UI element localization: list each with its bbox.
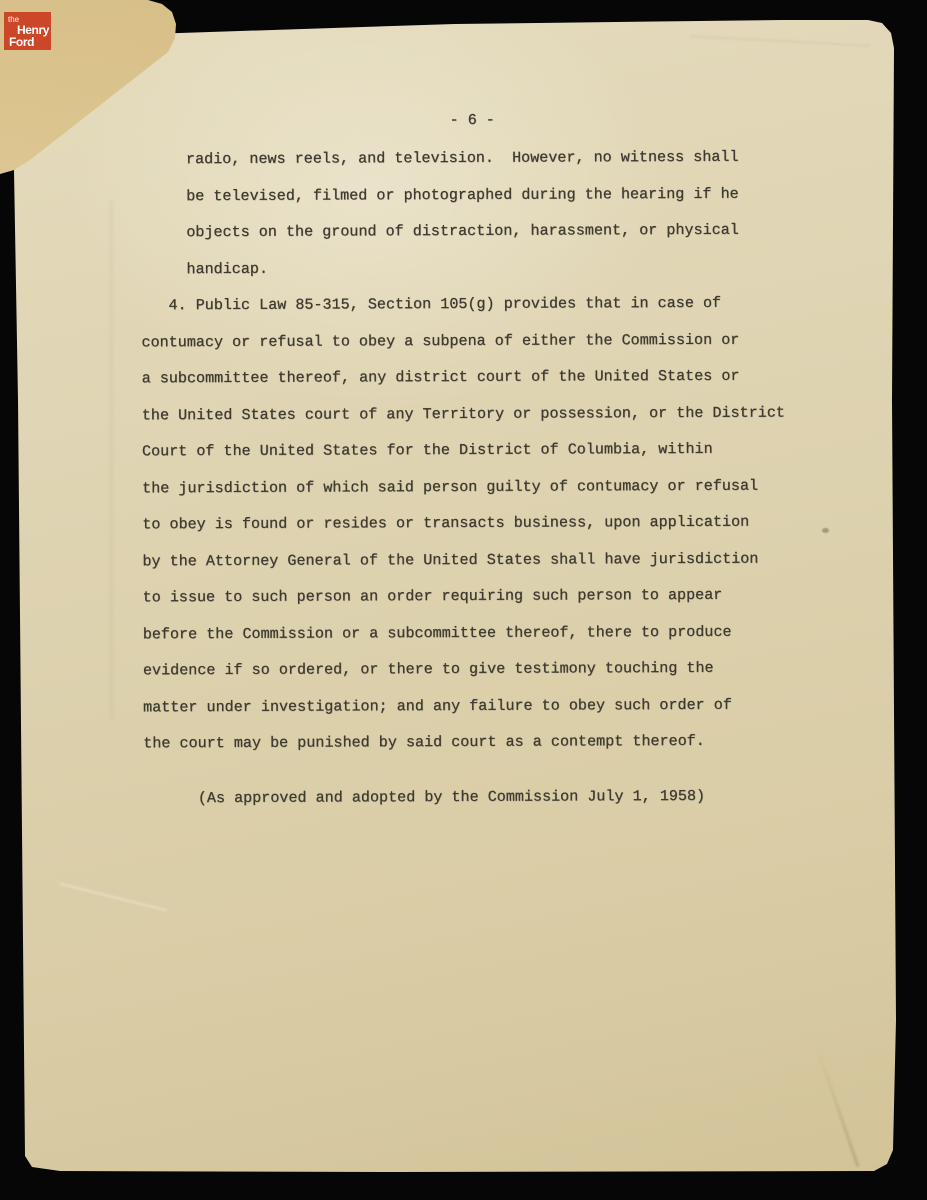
- text-line: by the Attorney General of the United St…: [142, 540, 785, 579]
- henry-ford-logo: the Henry Ford: [4, 12, 51, 50]
- page-number: - 6 -: [449, 102, 494, 139]
- paragraph-4-lines: contumacy or refusal to obey a subpena o…: [141, 321, 786, 762]
- text-line: radio, news reels, and television. Howev…: [186, 139, 739, 178]
- paragraph-4-first-line: 4. Public Law 85-315, Section 105(g) pro…: [141, 285, 784, 324]
- text-line: the jurisdiction of which said person gu…: [142, 467, 785, 506]
- scanned-document-canvas: - 6 - radio, news reels, and television.…: [0, 0, 927, 1200]
- text-line: to obey is found or resides or transacts…: [142, 504, 785, 543]
- document-page: - 6 - radio, news reels, and television.…: [0, 0, 927, 1200]
- text-line: the court may be punished by said court …: [143, 723, 786, 762]
- text-line: objects on the ground of distraction, ha…: [186, 212, 739, 251]
- paragraph-4: 4. Public Law 85-315, Section 105(g) pro…: [141, 285, 786, 762]
- text-line: be televised, filmed or photographed dur…: [186, 175, 739, 214]
- continuation-paragraph: radio, news reels, and television. Howev…: [141, 139, 739, 288]
- approval-note: (As approved and adopted by the Commissi…: [143, 778, 705, 817]
- text-line: handicap.: [186, 248, 739, 287]
- logo-text-ford: Ford: [9, 36, 34, 48]
- typewritten-text: - 6 - radio, news reels, and television.…: [0, 0, 927, 1200]
- text-line: the United States court of any Territory…: [142, 394, 785, 433]
- text-line: matter under investigation; and any fail…: [143, 686, 786, 725]
- text-line: to issue to such person an order requiri…: [143, 577, 786, 616]
- text-line: a subcommittee thereof, any district cou…: [142, 358, 785, 397]
- text-line: contumacy or refusal to obey a subpena o…: [141, 321, 784, 360]
- text-line: evidence if so ordered, or there to give…: [143, 650, 786, 689]
- text-line: Court of the United States for the Distr…: [142, 431, 785, 470]
- text-line: before the Commission or a subcommittee …: [143, 613, 786, 652]
